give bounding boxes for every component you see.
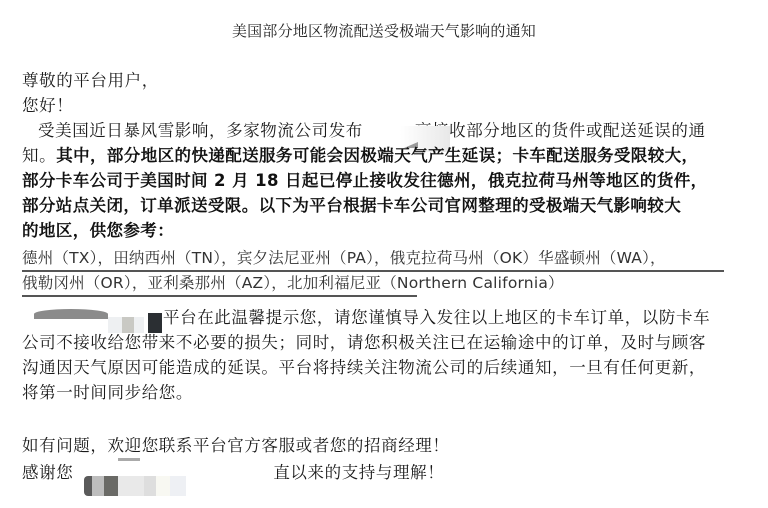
closing-line2-end: 直以来的支持与理解！ <box>273 463 444 482</box>
paragraph1-line1-start: 受美国近日暴风雪影响，多家物流公司发布 <box>38 121 363 140</box>
notice-title: 美国部分地区物流配送受极端天气影响的通知 <box>0 20 768 41</box>
redacted-area <box>118 458 140 461</box>
affected-regions-line2: 俄勒冈州（OR），亚利桑那州（AZ），北加利福尼亚（Northern Calif… <box>22 272 564 294</box>
hello: 您好！ <box>22 95 73 117</box>
paragraph1-line1-end: 亭接收部分地区的货件或配送延误的通 <box>415 121 706 140</box>
paragraph1-line4: 部分站点关闭，订单派送受限。以下为平台根据卡车公司官网整理的受极端天气影响较大 <box>22 195 681 217</box>
paragraph1-line5: 的地区，供您参考： <box>22 220 174 242</box>
paragraph2-line4: 将第一时间同步给您。 <box>22 382 193 404</box>
affected-regions-line1: 德州（TX），田纳西州（TN），宾夕法尼亚州（PA），俄克拉荷马州（OK）华盛顿… <box>22 247 666 269</box>
redacted-area <box>84 476 218 496</box>
paragraph1-line2-bold: 其中，部分地区的快递配送服务可能会因极端天气产生延误；卡车配送服务受限较大， <box>56 146 698 165</box>
paragraph2-line1: 平台在此温馨提示您，请您谨慎导入发往以上地区的卡车订单，以防卡车 <box>163 307 710 329</box>
paragraph1-line3: 部分卡车公司于美国时间 2 月 18 日起已停止接收发往德州，俄克拉荷马州等地区… <box>22 170 708 192</box>
paragraph1-line2: 知。其中，部分地区的快递配送服务可能会因极端天气产生延误；卡车配送服务受限较大， <box>22 145 698 167</box>
paragraph2-line2: 公司不接收给您带来不必要的损失；同时，请您积极关注已在运输途中的订单，及时与顾客 <box>22 332 706 354</box>
closing-line1: 如有问题，欢迎您联系平台官方客服或者您的招商经理！ <box>22 435 450 457</box>
greeting: 尊敬的平台用户， <box>22 70 159 92</box>
redacted-area <box>34 309 162 333</box>
paragraph1-line1: 受美国近日暴风雪影响，多家物流公司发布亭接收部分地区的货件或配送延误的通 <box>38 120 706 142</box>
paragraph2-line3: 沟通因天气原因可能造成的延误。平台将持续关注物流公司的后续通知，一旦有任何更新， <box>22 357 706 379</box>
closing-line2-start: 感谢您 <box>22 463 73 482</box>
paragraph1-line2-start: 知。 <box>22 146 56 165</box>
underline <box>22 295 417 297</box>
